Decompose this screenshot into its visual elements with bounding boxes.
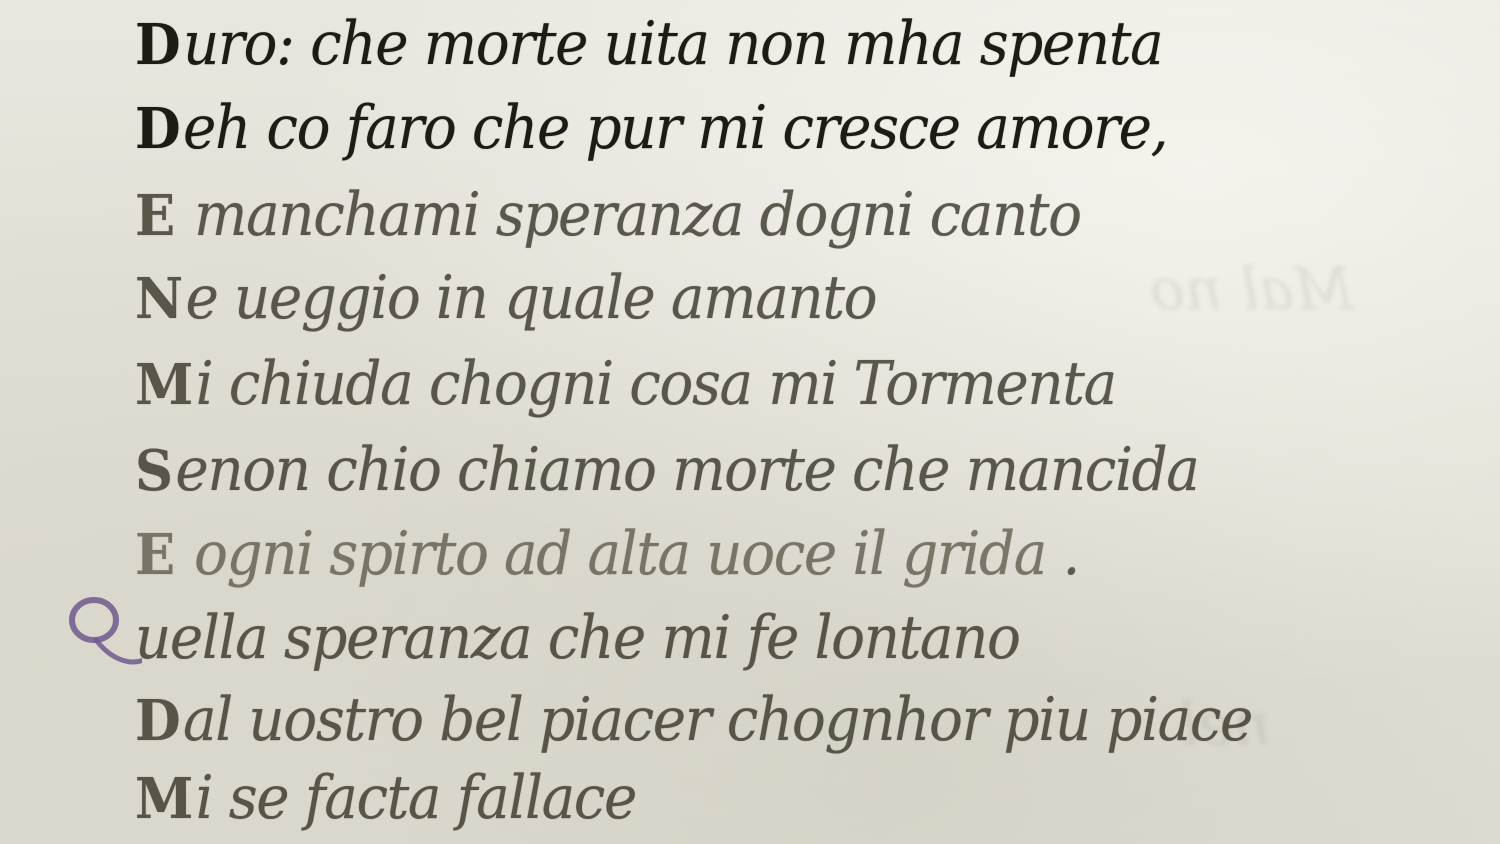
line-capital: S — [135, 438, 172, 504]
show-through-text: Mal no — [1150, 255, 1353, 323]
line-capital: D — [135, 12, 179, 78]
manuscript-line-5: Mi chiuda chogni cosa mi Tormenta — [135, 354, 1116, 414]
line-capital: E — [135, 522, 174, 588]
line-text: uro: che morte uita non mha spenta — [183, 9, 1162, 79]
line-text: ogni spirto ad alta uoce il grida — [177, 519, 1045, 589]
line-capital: D — [135, 688, 179, 754]
line-text: manchami speranza dogni canto — [177, 180, 1080, 250]
line-text: e ueggio in quale amanto — [185, 263, 876, 333]
manuscript-line-1: Duro: che morte uita non mha spenta — [135, 14, 1162, 74]
manuscript-line-8: uella speranza che mi fe lontano — [135, 608, 1020, 668]
manuscript-page: Mal no nel Duro: che morte uita non mha … — [0, 0, 1500, 844]
line-capital: M — [135, 766, 192, 832]
line-text: i chiuda chogni cosa mi Tormenta — [196, 349, 1116, 419]
manuscript-line-6: Senon chio chiamo morte che mancida — [135, 440, 1198, 500]
line-text: i se facta fallace — [196, 763, 636, 833]
manuscript-line-10: Mi se facta fallace — [135, 768, 636, 828]
line-text: eh co faro che pur mi cresce amore, — [183, 93, 1167, 163]
line-capital: N — [135, 266, 182, 332]
line-capital: D — [135, 96, 179, 162]
manuscript-line-7: E ogni spirto ad alta uoce il grida . — [135, 524, 1079, 584]
manuscript-line-4: Ne ueggio in quale amanto — [135, 268, 876, 328]
manuscript-line-3: E manchami speranza dogni canto — [135, 185, 1081, 245]
decorated-initial-q-icon — [62, 590, 142, 670]
line-capital: M — [135, 352, 192, 418]
line-text: al uostro bel piacer chognhor piu piace — [183, 685, 1252, 755]
line-capital: E — [135, 183, 174, 249]
line-end-punctuation: . — [1046, 519, 1079, 589]
manuscript-line-9: Dal uostro bel piacer chognhor piu piace — [135, 690, 1252, 750]
manuscript-line-2: Deh co faro che pur mi cresce amore, — [135, 98, 1167, 158]
line-text: enon chio chiamo morte che mancida — [175, 435, 1198, 505]
line-text: uella speranza che mi fe lontano — [135, 603, 1020, 673]
